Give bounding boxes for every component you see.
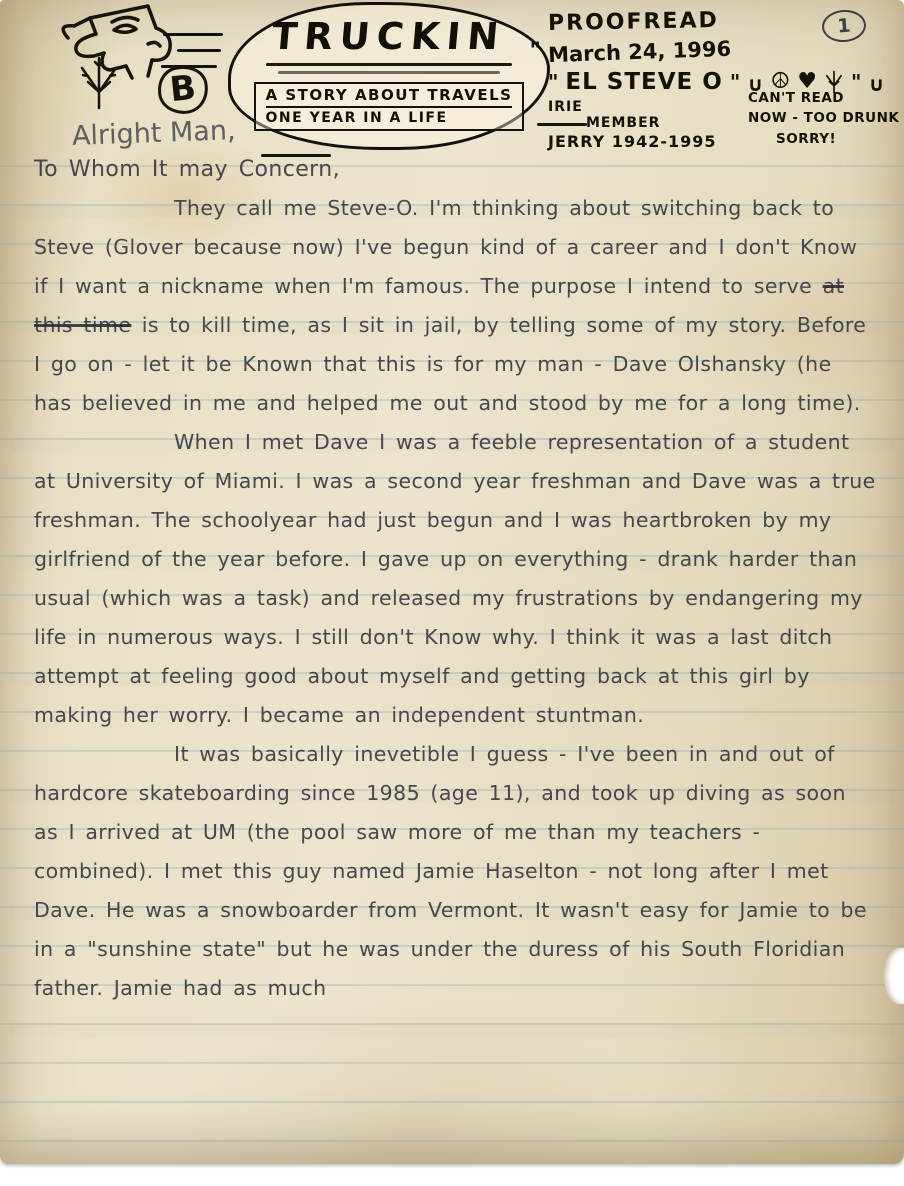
paragraph-2: When I met Dave I was a feeble represent… xyxy=(34,423,876,735)
paragraph-1-text: They call me Steve-O. I'm thinking about… xyxy=(34,196,857,298)
quote-mark: " xyxy=(730,70,740,94)
paragraph-1: They call me Steve-O. I'm thinking about… xyxy=(34,189,876,423)
title-quote-mark: " xyxy=(530,39,541,64)
subtitle-line-1: A STORY ABOUT TRAVELS xyxy=(266,86,513,108)
drunk-note-line-3: SORRY! xyxy=(776,129,899,149)
title-cloud: TRUCKIN " A STORY ABOUT TRAVELS ONE YEAR… xyxy=(228,2,550,150)
quote-mark: " xyxy=(548,70,558,94)
speed-line xyxy=(261,154,331,157)
scanned-letter-page: B TRUCKIN " A STORY ABOUT TRAVELS ONE YE… xyxy=(0,0,904,1164)
drunk-note-line-1: CAN'T READ xyxy=(748,88,899,108)
drunk-note-line-2: NOW - TOO DRUNK xyxy=(748,108,899,128)
signature-name: EL STEVE O xyxy=(565,69,722,95)
letter-body: To Whom It may Concern, They call me Ste… xyxy=(0,150,904,1008)
title-underline-pencil xyxy=(278,71,499,74)
greeting-informal: Alright Man, xyxy=(72,115,237,152)
inserted-text: right now xyxy=(827,248,904,265)
paragraph-3: It was basically inevetible I guess - I'… xyxy=(34,735,876,1008)
subtitle-box: A STORY ABOUT TRAVELS ONE YEAR IN A LIFE xyxy=(254,82,525,131)
title-underline xyxy=(266,63,512,66)
speed-line xyxy=(163,33,223,36)
subtitle-line-2: ONE YEAR IN A LIFE xyxy=(266,108,513,126)
speed-line xyxy=(161,65,217,68)
drunk-note: CAN'T READ NOW - TOO DRUNK SORRY! xyxy=(748,88,899,149)
page-title: TRUCKIN xyxy=(270,15,507,58)
paragraph-1-text: is to kill time, as I sit in jail, by te… xyxy=(34,313,866,415)
speed-line xyxy=(177,49,221,52)
